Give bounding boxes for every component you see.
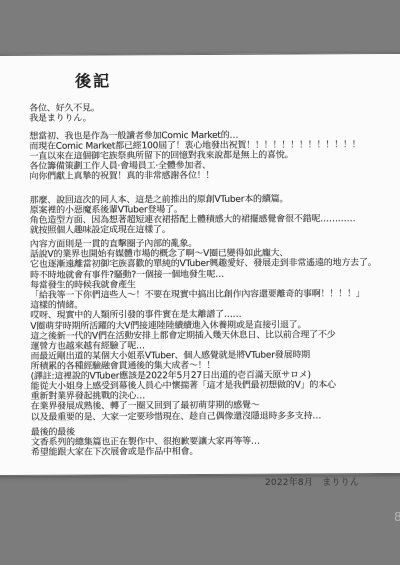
scan-backdrop: 後記 各位、好久不見。我是まりりん。想當初、我也是作為一般讀者參加Comic M… — [0, 0, 400, 565]
text-line: 角色造型方面、因為想著超短連衣裙搭配上體積感大的裙擺感覺會很不錯呢………… — [30, 214, 398, 226]
paragraph: 想當初、我也是作為一般讀者參加Comic Market的…而現在Comic Ma… — [29, 130, 397, 182]
text-line: 向你們獻上真摯的祝賀！真的非常感謝各位！！ — [30, 170, 398, 182]
text-line: 希望能跟大家在下次展會或是作品中相會。 — [31, 446, 399, 458]
paragraph: V圈萌芽時期所活躍的大V們接連陸陸續續進入休養期或是直接引退了。這之後新一代的V… — [30, 320, 398, 412]
paragraph: 時不時地就會有事件?騷動?一個接一個地發生呢…每當發生的時候我就會產生「給我等一… — [30, 269, 398, 321]
afterword-page: 後記 各位、好久不見。我是まりりん。想當初、我也是作為一般讀者參加Comic M… — [0, 53, 400, 476]
afterword-body: 各位、好久不見。我是まりりん。想當初、我也是作為一般讀者參加Comic Mark… — [0, 54, 400, 475]
date-signature: 2022年8月 まりりん — [265, 475, 359, 488]
text-line: 我是まりりん。 — [29, 112, 397, 124]
text-line: 「給我等一下你們這些人～！不要在現實中搞出比創作內容還要離奇的事啊！！！！」 — [30, 289, 398, 301]
text-line: 就按照個人趣味設定成現在這樣了。 — [30, 224, 398, 236]
paragraph: 以及最重要的是、大家一定要珍惜現在、趁自己偶像還沒隱退時多多支持… — [31, 411, 399, 423]
paragraph: 內容方面則是一貫的直擊圈子內部的亂象。話說V的業界也開始有媒體市場的概念了啊～V… — [30, 238, 398, 270]
text-line: 哎呀、現實中的人類所引發的事件實在是太離譜了…… — [30, 309, 398, 321]
page-content: 後記 各位、好久不見。我是まりりん。想當初、我也是作為一般讀者參加Comic M… — [0, 54, 400, 475]
page-number-fragment: 8 — [394, 510, 400, 524]
paragraph: 各位、好久不見。我是まりりん。 — [29, 102, 397, 124]
paragraph: 最後的最後文香系列的總集篇也正在製作中、很抱歉要讓大家再等等…希望能跟大家在下次… — [31, 426, 399, 458]
text-line: 以及最重要的是、大家一定要珍惜現在、趁自己偶像還沒隱退時多多支持… — [31, 411, 399, 423]
paragraph: 那麼、說回這次的同人本、這是之前推出的原創VTuber本的續篇。原案裡的小惡魔系… — [30, 194, 398, 236]
text-line: 它也逐漸遠離當初御宅族喜歡的單純的VTuber興趣愛好、發展走到非常遙遠的地方去… — [30, 258, 398, 270]
text-line: 在業界發展成熟後、轉了一圈又回到了最初萌芽期的感覺～ — [31, 400, 399, 412]
